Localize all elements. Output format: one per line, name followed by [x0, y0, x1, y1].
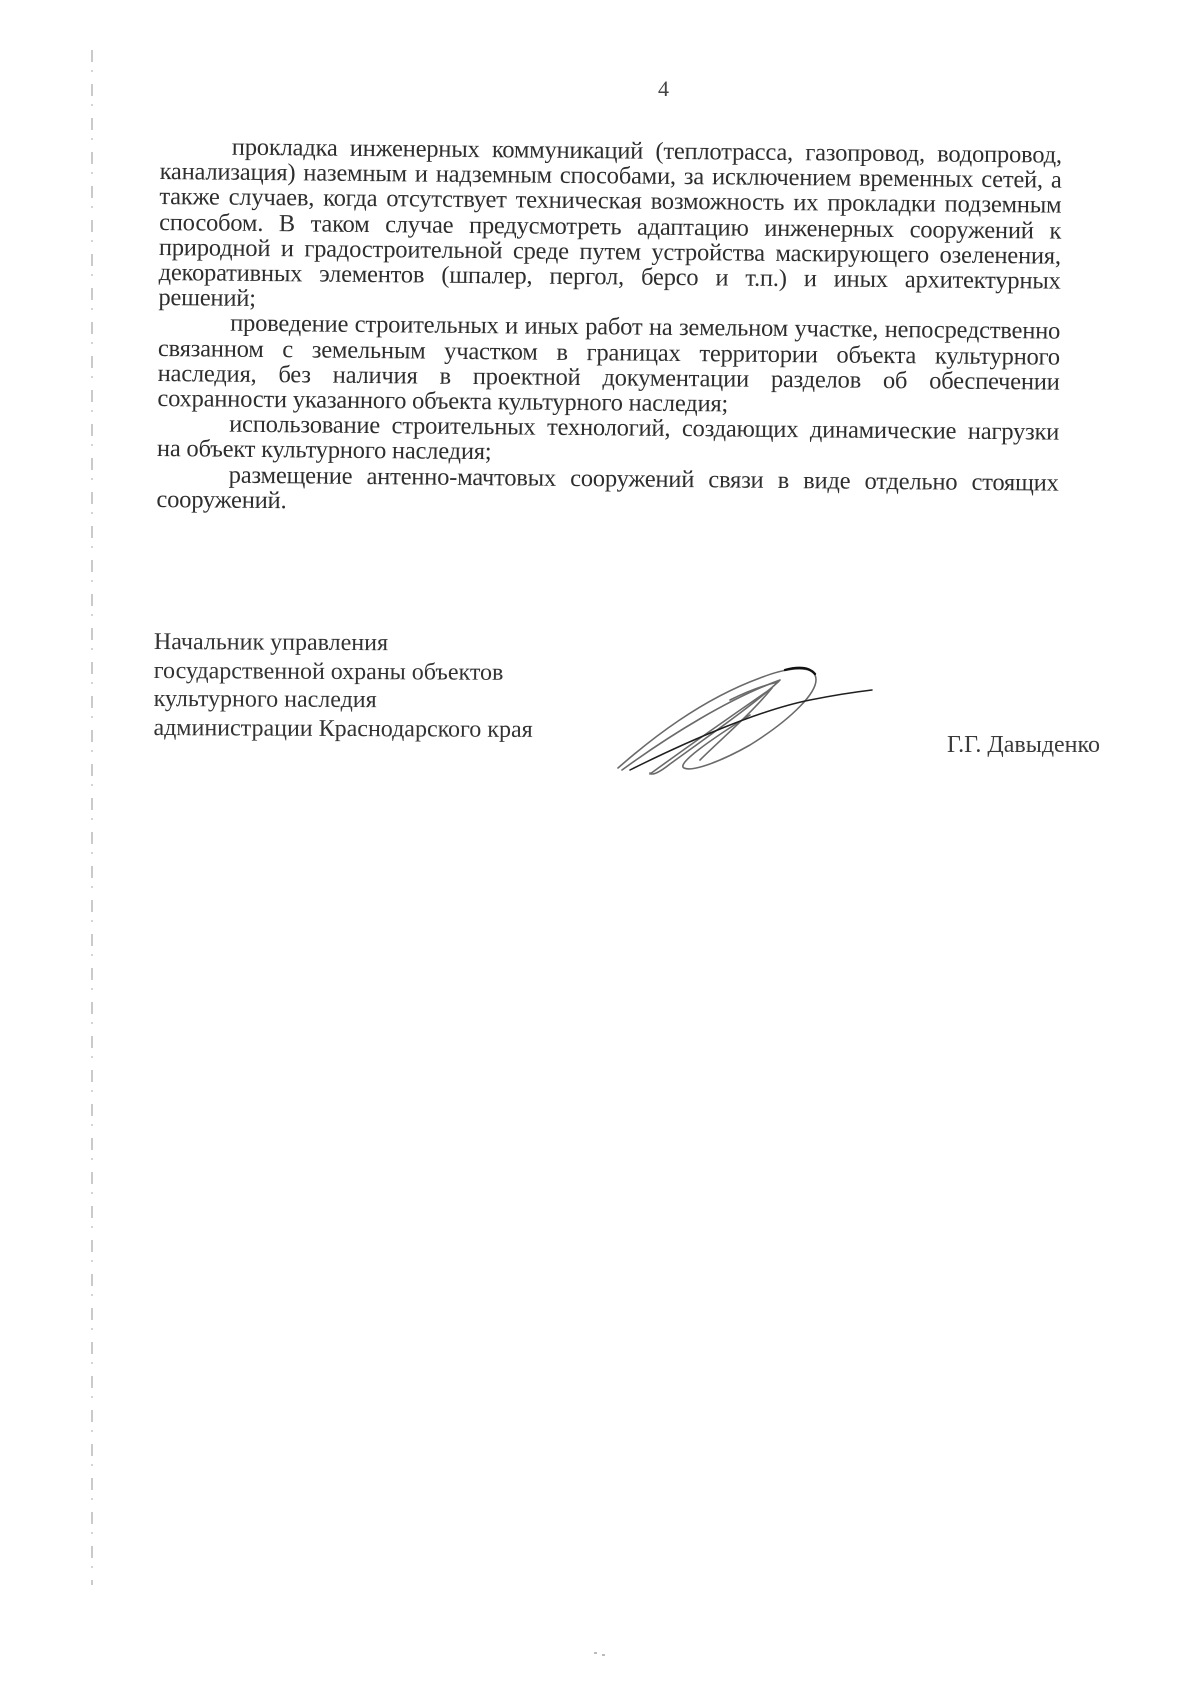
position-line: культурного наследия — [154, 685, 533, 715]
scan-margin-line — [91, 50, 93, 1585]
handwritten-signature-icon — [610, 660, 880, 780]
paragraph-antenna-structures: размещение антенно-мачтовых сооружений с… — [156, 462, 1058, 521]
position-line: Начальник управления — [154, 628, 533, 658]
scan-artifact — [602, 1654, 605, 1656]
position-line: администрации Краснодарского края — [153, 713, 532, 743]
page-number: 4 — [658, 76, 669, 102]
signatory-position: Начальник управления государственной охр… — [153, 628, 533, 744]
paragraph-utility-lines: прокладка инженерных коммуникаций (тепло… — [158, 134, 1062, 319]
document-page: 4 прокладка инженерных коммуникаций (теп… — [0, 0, 1200, 1698]
signer-name: Г.Г. Давыденко — [947, 732, 1100, 759]
document-body: прокладка инженерных коммуникаций (тепло… — [156, 134, 1062, 521]
scan-artifact — [594, 1652, 597, 1654]
paragraph-construction-works: проведение строительных и иных работ на … — [157, 310, 1060, 419]
position-line: государственной охраны объектов — [154, 656, 533, 686]
